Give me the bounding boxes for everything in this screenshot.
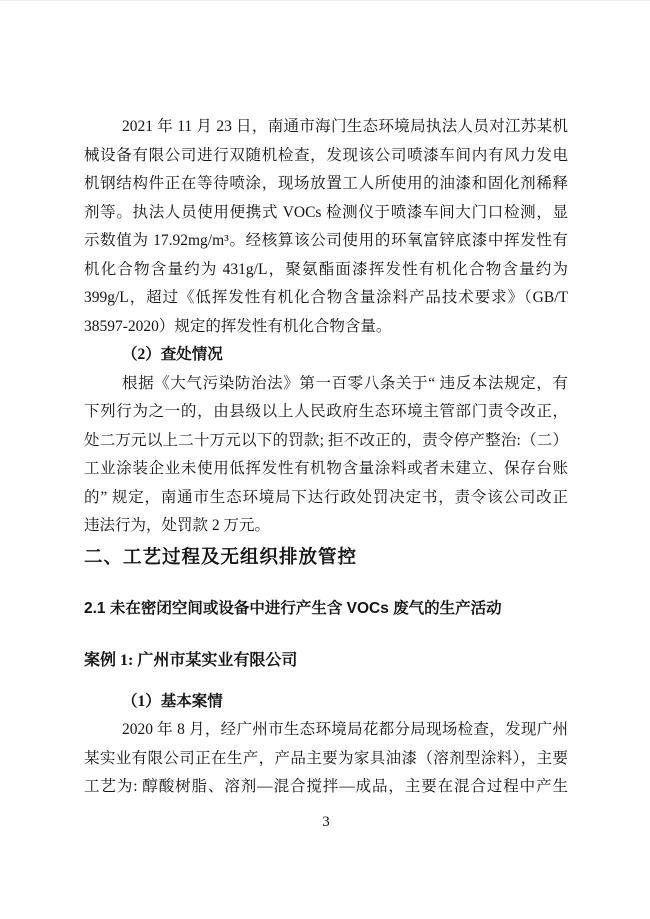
body-line: 下列行为之一的，由县级以上人民政府生态环境主管部门责令改正，	[84, 398, 568, 427]
paragraph-case-facts: 2021 年 11 月 23 日，南通市海门生态环境局执法人员对江苏某机 械设备…	[84, 113, 568, 341]
body-line: 械设备有限公司进行双随机检查，发现该公司喷漆车间内有风力发电	[84, 142, 568, 171]
body-line: 工艺为: 醇酸树脂、溶剂—混合搅拌—成品，主要在混合过程中产生	[84, 773, 568, 802]
page-number: 3	[84, 811, 568, 833]
body-line: 399g/L，超过《低挥发性有机化合物含量涂料产品技术要求》（GB/T	[84, 284, 568, 313]
paragraph-investigation: 根据《大气污染防治法》第一百零八条关于“ 违反本法规定，有 下列行为之一的，由县…	[84, 370, 568, 541]
body-line: 某实业有限公司正在生产，产品主要为家具油漆（溶剂型涂料），主要	[84, 745, 568, 774]
document-page: 2021 年 11 月 23 日，南通市海门生态环境局执法人员对江苏某机 械设备…	[0, 0, 650, 919]
body-line: 根据《大气污染防治法》第一百零八条关于“ 违反本法规定，有	[84, 370, 568, 399]
body-line: 示数值为 17.92mg/m³。经核算该公司使用的环氧富锌底漆中挥发性有	[84, 227, 568, 256]
body-line: 38597-2020）规定的挥发性有机化合物含量。	[84, 313, 568, 342]
body-line: 剂等。执法人员使用便携式 VOCs 检测仪于喷漆车间大门口检测，显	[84, 199, 568, 228]
heading-basic-facts: （1）基本案情	[84, 688, 568, 717]
subsection-title: 2.1 未在密闭空间或设备中进行产生含 VOCs 废气的生产活动	[84, 597, 568, 621]
body-line: 机化合物含量约为 431g/L，聚氨酯面漆挥发性有机化合物含量约为	[84, 256, 568, 285]
body-line: 工业涂装企业未使用低挥发性有机物含量涂料或者未建立、保存台账	[84, 455, 568, 484]
body-line: 机钢结构件正在等待喷涂，现场放置工人所使用的油漆和固化剂稀释	[84, 170, 568, 199]
document-content: 2021 年 11 月 23 日，南通市海门生态环境局执法人员对江苏某机 械设备…	[0, 1, 650, 833]
paragraph-case2-facts: 2020 年 8 月，经广州市生态环境局花都分局现场检查，发现广州 某实业有限公…	[84, 716, 568, 802]
section-title: 二、工艺过程及无组织排放管控	[84, 544, 568, 570]
body-line: 2020 年 8 月，经广州市生态环境局花都分局现场检查，发现广州	[84, 716, 568, 745]
body-line: 违法行为，处罚款 2 万元。	[84, 512, 568, 541]
case-title: 案例 1: 广州市某实业有限公司	[84, 649, 568, 673]
heading-investigation: （2）查处情况	[84, 341, 568, 370]
body-line: 处二万元以上二十万元以下的罚款; 拒不改正的，责令停产整治:（二）	[84, 427, 568, 456]
body-line: 的” 规定，南通市生态环境局下达行政处罚决定书，责令该公司改正	[84, 484, 568, 513]
body-line: 2021 年 11 月 23 日，南通市海门生态环境局执法人员对江苏某机	[84, 113, 568, 142]
